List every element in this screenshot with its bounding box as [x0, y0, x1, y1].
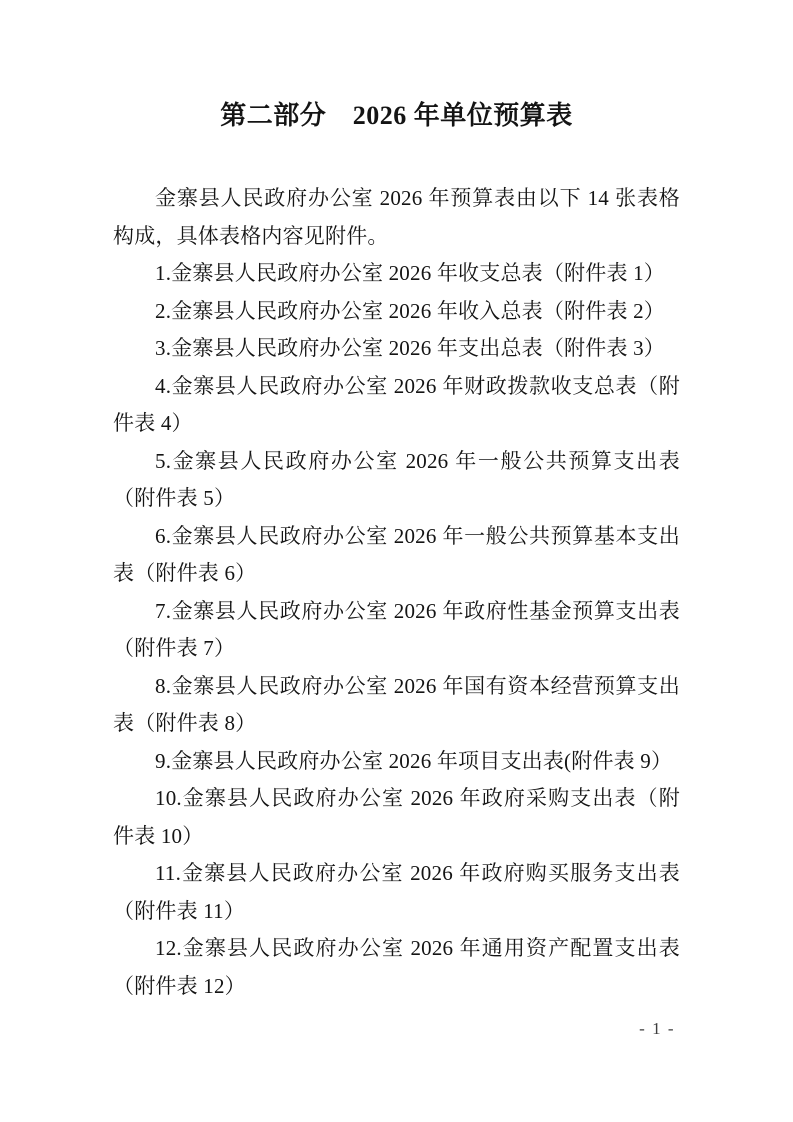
- list-item-6: 6.金寨县人民政府办公室 2026 年一般公共预算基本支出表（附件表 6）: [113, 518, 680, 593]
- page-number: - 1 -: [639, 1019, 675, 1039]
- list-item-2: 2.金寨县人民政府办公室 2026 年收入总表（附件表 2）: [113, 293, 680, 331]
- list-item-8: 8.金寨县人民政府办公室 2026 年国有资本经营预算支出表（附件表 8）: [113, 668, 680, 743]
- list-item-4: 4.金寨县人民政府办公室 2026 年财政拨款收支总表（附件表 4）: [113, 368, 680, 443]
- list-item-10: 10.金寨县人民政府办公室 2026 年政府采购支出表（附件表 10）: [113, 780, 680, 855]
- list-item-5: 5.金寨县人民政府办公室 2026 年一般公共预算支出表（附件表 5）: [113, 443, 680, 518]
- list-item-1: 1.金寨县人民政府办公室 2026 年收支总表（附件表 1）: [113, 255, 680, 293]
- list-item-9: 9.金寨县人民政府办公室 2026 年项目支出表(附件表 9）: [113, 743, 680, 781]
- document-page: 第二部分 2026 年单位预算表 金寨县人民政府办公室 2026 年预算表由以下…: [0, 0, 793, 1122]
- list-item-3: 3.金寨县人民政府办公室 2026 年支出总表（附件表 3）: [113, 330, 680, 368]
- intro-paragraph: 金寨县人民政府办公室 2026 年预算表由以下 14 张表格构成，具体表格内容见…: [113, 180, 680, 255]
- document-body: 金寨县人民政府办公室 2026 年预算表由以下 14 张表格构成，具体表格内容见…: [113, 180, 680, 1005]
- page-title: 第二部分 2026 年单位预算表: [113, 101, 680, 131]
- list-item-7: 7.金寨县人民政府办公室 2026 年政府性基金预算支出表（附件表 7）: [113, 593, 680, 668]
- list-item-11: 11.金寨县人民政府办公室 2026 年政府购买服务支出表（附件表 11）: [113, 855, 680, 930]
- list-item-12: 12.金寨县人民政府办公室 2026 年通用资产配置支出表（附件表 12）: [113, 930, 680, 1005]
